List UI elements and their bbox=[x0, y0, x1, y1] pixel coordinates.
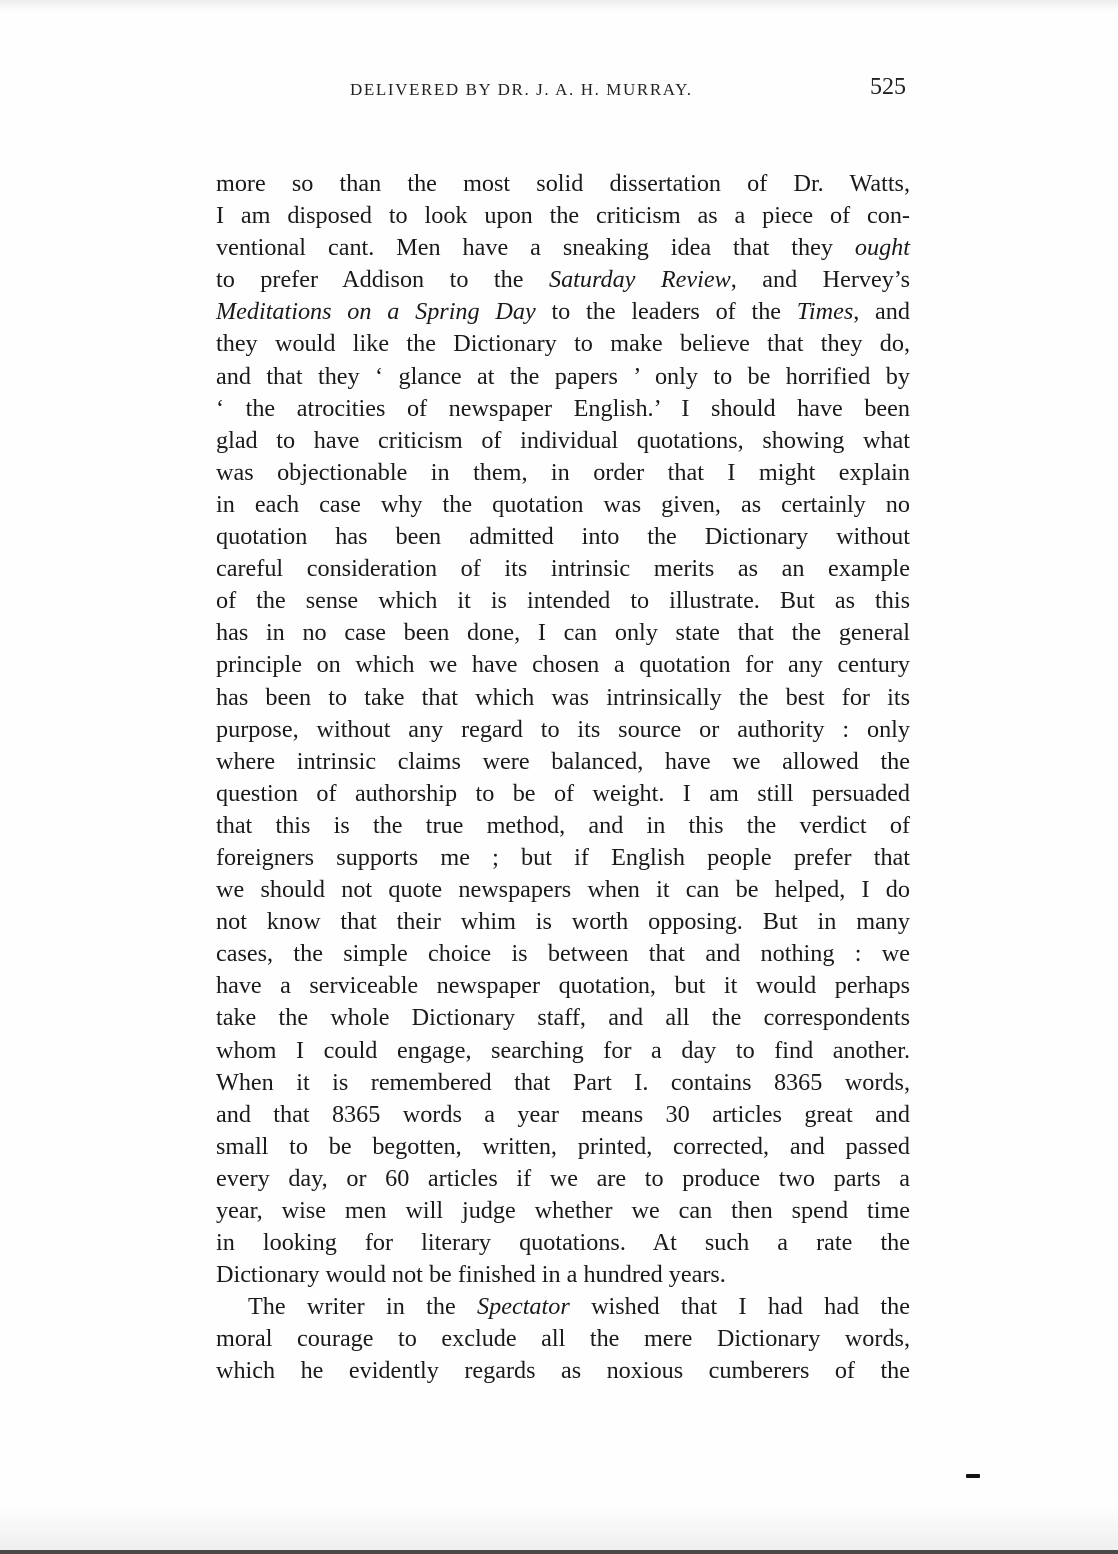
text-run: cases, the simple choice is between that… bbox=[216, 940, 910, 967]
bottom-scroll-bar[interactable] bbox=[0, 1550, 1118, 1554]
text-line: take the whole Dictionary staff, and all… bbox=[216, 1002, 910, 1034]
text-run: The writer in the bbox=[248, 1293, 477, 1320]
text-line: The writer in the Spectator wished that … bbox=[216, 1291, 910, 1323]
page-number: 525 bbox=[870, 74, 906, 101]
text-line: more so than the most solid dissertation… bbox=[216, 168, 910, 200]
text-line: quotation has been admitted into the Dic… bbox=[216, 521, 910, 553]
text-line: we should not quote newspapers when it c… bbox=[216, 874, 910, 906]
text-run: careful consideration of its intrinsic m… bbox=[216, 555, 910, 582]
text-run: every day, or 60 articles if we are to p… bbox=[216, 1165, 910, 1192]
text-run: I am disposed to look upon the criticism… bbox=[216, 202, 910, 229]
text-run: to prefer Addison to the bbox=[216, 266, 549, 293]
bottom-edge-fade bbox=[0, 1500, 1118, 1550]
text-line: ventional cant. Men have a sneaking idea… bbox=[216, 232, 910, 264]
text-run: we should not quote newspapers when it c… bbox=[216, 876, 910, 903]
text-run: question of authorship to be of weight. … bbox=[216, 780, 910, 807]
text-line: and that 8365 words a year means 30 arti… bbox=[216, 1099, 910, 1131]
document-viewer: DELIVERED BY DR. J. A. H. MURRAY. 525 mo… bbox=[0, 0, 1118, 1554]
text-line: where intrinsic claims were balanced, ha… bbox=[216, 746, 910, 778]
text-line: in each case why the quotation was given… bbox=[216, 489, 910, 521]
text-run: has in no case been done, I can only sta… bbox=[216, 619, 910, 646]
text-line: of the sense which it is intended to ill… bbox=[216, 585, 910, 617]
italic-text: ought bbox=[855, 234, 910, 261]
scan-mark bbox=[966, 1474, 980, 1478]
text-run: more so than the most solid dissertation… bbox=[216, 170, 910, 197]
text-line: in looking for literary quotations. At s… bbox=[216, 1227, 910, 1259]
text-run: was objectionable in them, in order that… bbox=[216, 459, 910, 486]
text-line: foreigners supports me ; but if English … bbox=[216, 842, 910, 874]
text-line: ‘ the atrocities of newspaper English.’ … bbox=[216, 393, 910, 425]
text-run: whom I could engage, searching for a day… bbox=[216, 1037, 910, 1064]
text-run: quotation has been admitted into the Dic… bbox=[216, 523, 910, 550]
italic-text: Times bbox=[797, 298, 853, 325]
text-line: I am disposed to look upon the criticism… bbox=[216, 200, 910, 232]
book-page: DELIVERED BY DR. J. A. H. MURRAY. 525 mo… bbox=[216, 70, 910, 1388]
body-text: more so than the most solid dissertation… bbox=[216, 168, 910, 1388]
text-line: moral courage to exclude all the mere Di… bbox=[216, 1323, 910, 1355]
text-line: was objectionable in them, in order that… bbox=[216, 457, 910, 489]
text-run: year, wise men will judge whether we can… bbox=[216, 1197, 910, 1224]
text-run: small to be begotten, written, printed, … bbox=[216, 1133, 910, 1160]
italic-text: Spectator bbox=[477, 1293, 570, 1320]
text-run: take the whole Dictionary staff, and all… bbox=[216, 1004, 910, 1031]
text-line: not know that their whim is worth opposi… bbox=[216, 906, 910, 938]
text-line: year, wise men will judge whether we can… bbox=[216, 1195, 910, 1227]
text-line: have a serviceable newspaper quotation, … bbox=[216, 970, 910, 1002]
text-run: ‘ the atrocities of newspaper English.’ … bbox=[216, 395, 910, 422]
text-run: which he evidently regards as noxious cu… bbox=[216, 1357, 910, 1384]
text-line: principle on which we have chosen a quot… bbox=[216, 649, 910, 681]
text-line: question of authorship to be of weight. … bbox=[216, 778, 910, 810]
text-run: purpose, without any regard to its sourc… bbox=[216, 716, 910, 743]
text-run: ventional cant. Men have a sneaking idea… bbox=[216, 234, 855, 261]
text-line: whom I could engage, searching for a day… bbox=[216, 1035, 910, 1067]
text-line: cases, the simple choice is between that… bbox=[216, 938, 910, 970]
text-run: in looking for literary quotations. At s… bbox=[216, 1229, 910, 1256]
text-line: they would like the Dictionary to make b… bbox=[216, 328, 910, 360]
text-run: Dictionary would not be finished in a hu… bbox=[216, 1261, 726, 1288]
text-line: careful consideration of its intrinsic m… bbox=[216, 553, 910, 585]
text-line: which he evidently regards as noxious cu… bbox=[216, 1355, 910, 1387]
paragraph: The writer in the Spectator wished that … bbox=[216, 1291, 910, 1387]
top-edge-shadow bbox=[0, 0, 1118, 16]
text-line: has been to take that which was intrinsi… bbox=[216, 682, 910, 714]
running-head: DELIVERED BY DR. J. A. H. MURRAY. 525 bbox=[216, 70, 910, 106]
text-line: Meditations on a Spring Day to the leade… bbox=[216, 296, 910, 328]
text-run: moral courage to exclude all the mere Di… bbox=[216, 1325, 910, 1352]
text-run: principle on which we have chosen a quot… bbox=[216, 651, 910, 678]
text-line: Dictionary would not be finished in a hu… bbox=[216, 1259, 910, 1291]
text-run: in each case why the quotation was given… bbox=[216, 491, 910, 518]
text-line: every day, or 60 articles if we are to p… bbox=[216, 1163, 910, 1195]
text-line: and that they ‘ glance at the papers ’ o… bbox=[216, 361, 910, 393]
text-run: When it is remembered that Part I. conta… bbox=[216, 1069, 910, 1096]
text-line: to prefer Addison to the Saturday Review… bbox=[216, 264, 910, 296]
text-run: glad to have criticism of individual quo… bbox=[216, 427, 910, 454]
paragraph: more so than the most solid dissertation… bbox=[216, 168, 910, 1291]
text-line: has in no case been done, I can only sta… bbox=[216, 617, 910, 649]
text-run: not know that their whim is worth opposi… bbox=[216, 908, 910, 935]
text-line: glad to have criticism of individual quo… bbox=[216, 425, 910, 457]
text-run: they would like the Dictionary to make b… bbox=[216, 330, 910, 357]
text-run: of the sense which it is intended to ill… bbox=[216, 587, 910, 614]
text-run: to the leaders of the bbox=[536, 298, 797, 325]
text-run: , and bbox=[853, 298, 910, 325]
text-line: small to be begotten, written, printed, … bbox=[216, 1131, 910, 1163]
text-run: , and Hervey’s bbox=[731, 266, 910, 293]
text-run: foreigners supports me ; but if English … bbox=[216, 844, 910, 871]
text-run: have a serviceable newspaper quotation, … bbox=[216, 972, 910, 999]
running-head-title: DELIVERED BY DR. J. A. H. MURRAY. bbox=[350, 80, 693, 100]
italic-text: Meditations on a Spring Day bbox=[216, 298, 536, 325]
text-run: has been to take that which was intrinsi… bbox=[216, 684, 910, 711]
text-run: and that 8365 words a year means 30 arti… bbox=[216, 1101, 910, 1128]
text-run: where intrinsic claims were balanced, ha… bbox=[216, 748, 910, 775]
text-line: When it is remembered that Part I. conta… bbox=[216, 1067, 910, 1099]
text-run: and that they ‘ glance at the papers ’ o… bbox=[216, 363, 910, 390]
text-run: that this is the true method, and in thi… bbox=[216, 812, 910, 839]
italic-text: Saturday Review bbox=[549, 266, 731, 293]
text-run: wished that I had had the bbox=[570, 1293, 910, 1320]
text-line: purpose, without any regard to its sourc… bbox=[216, 714, 910, 746]
text-line: that this is the true method, and in thi… bbox=[216, 810, 910, 842]
